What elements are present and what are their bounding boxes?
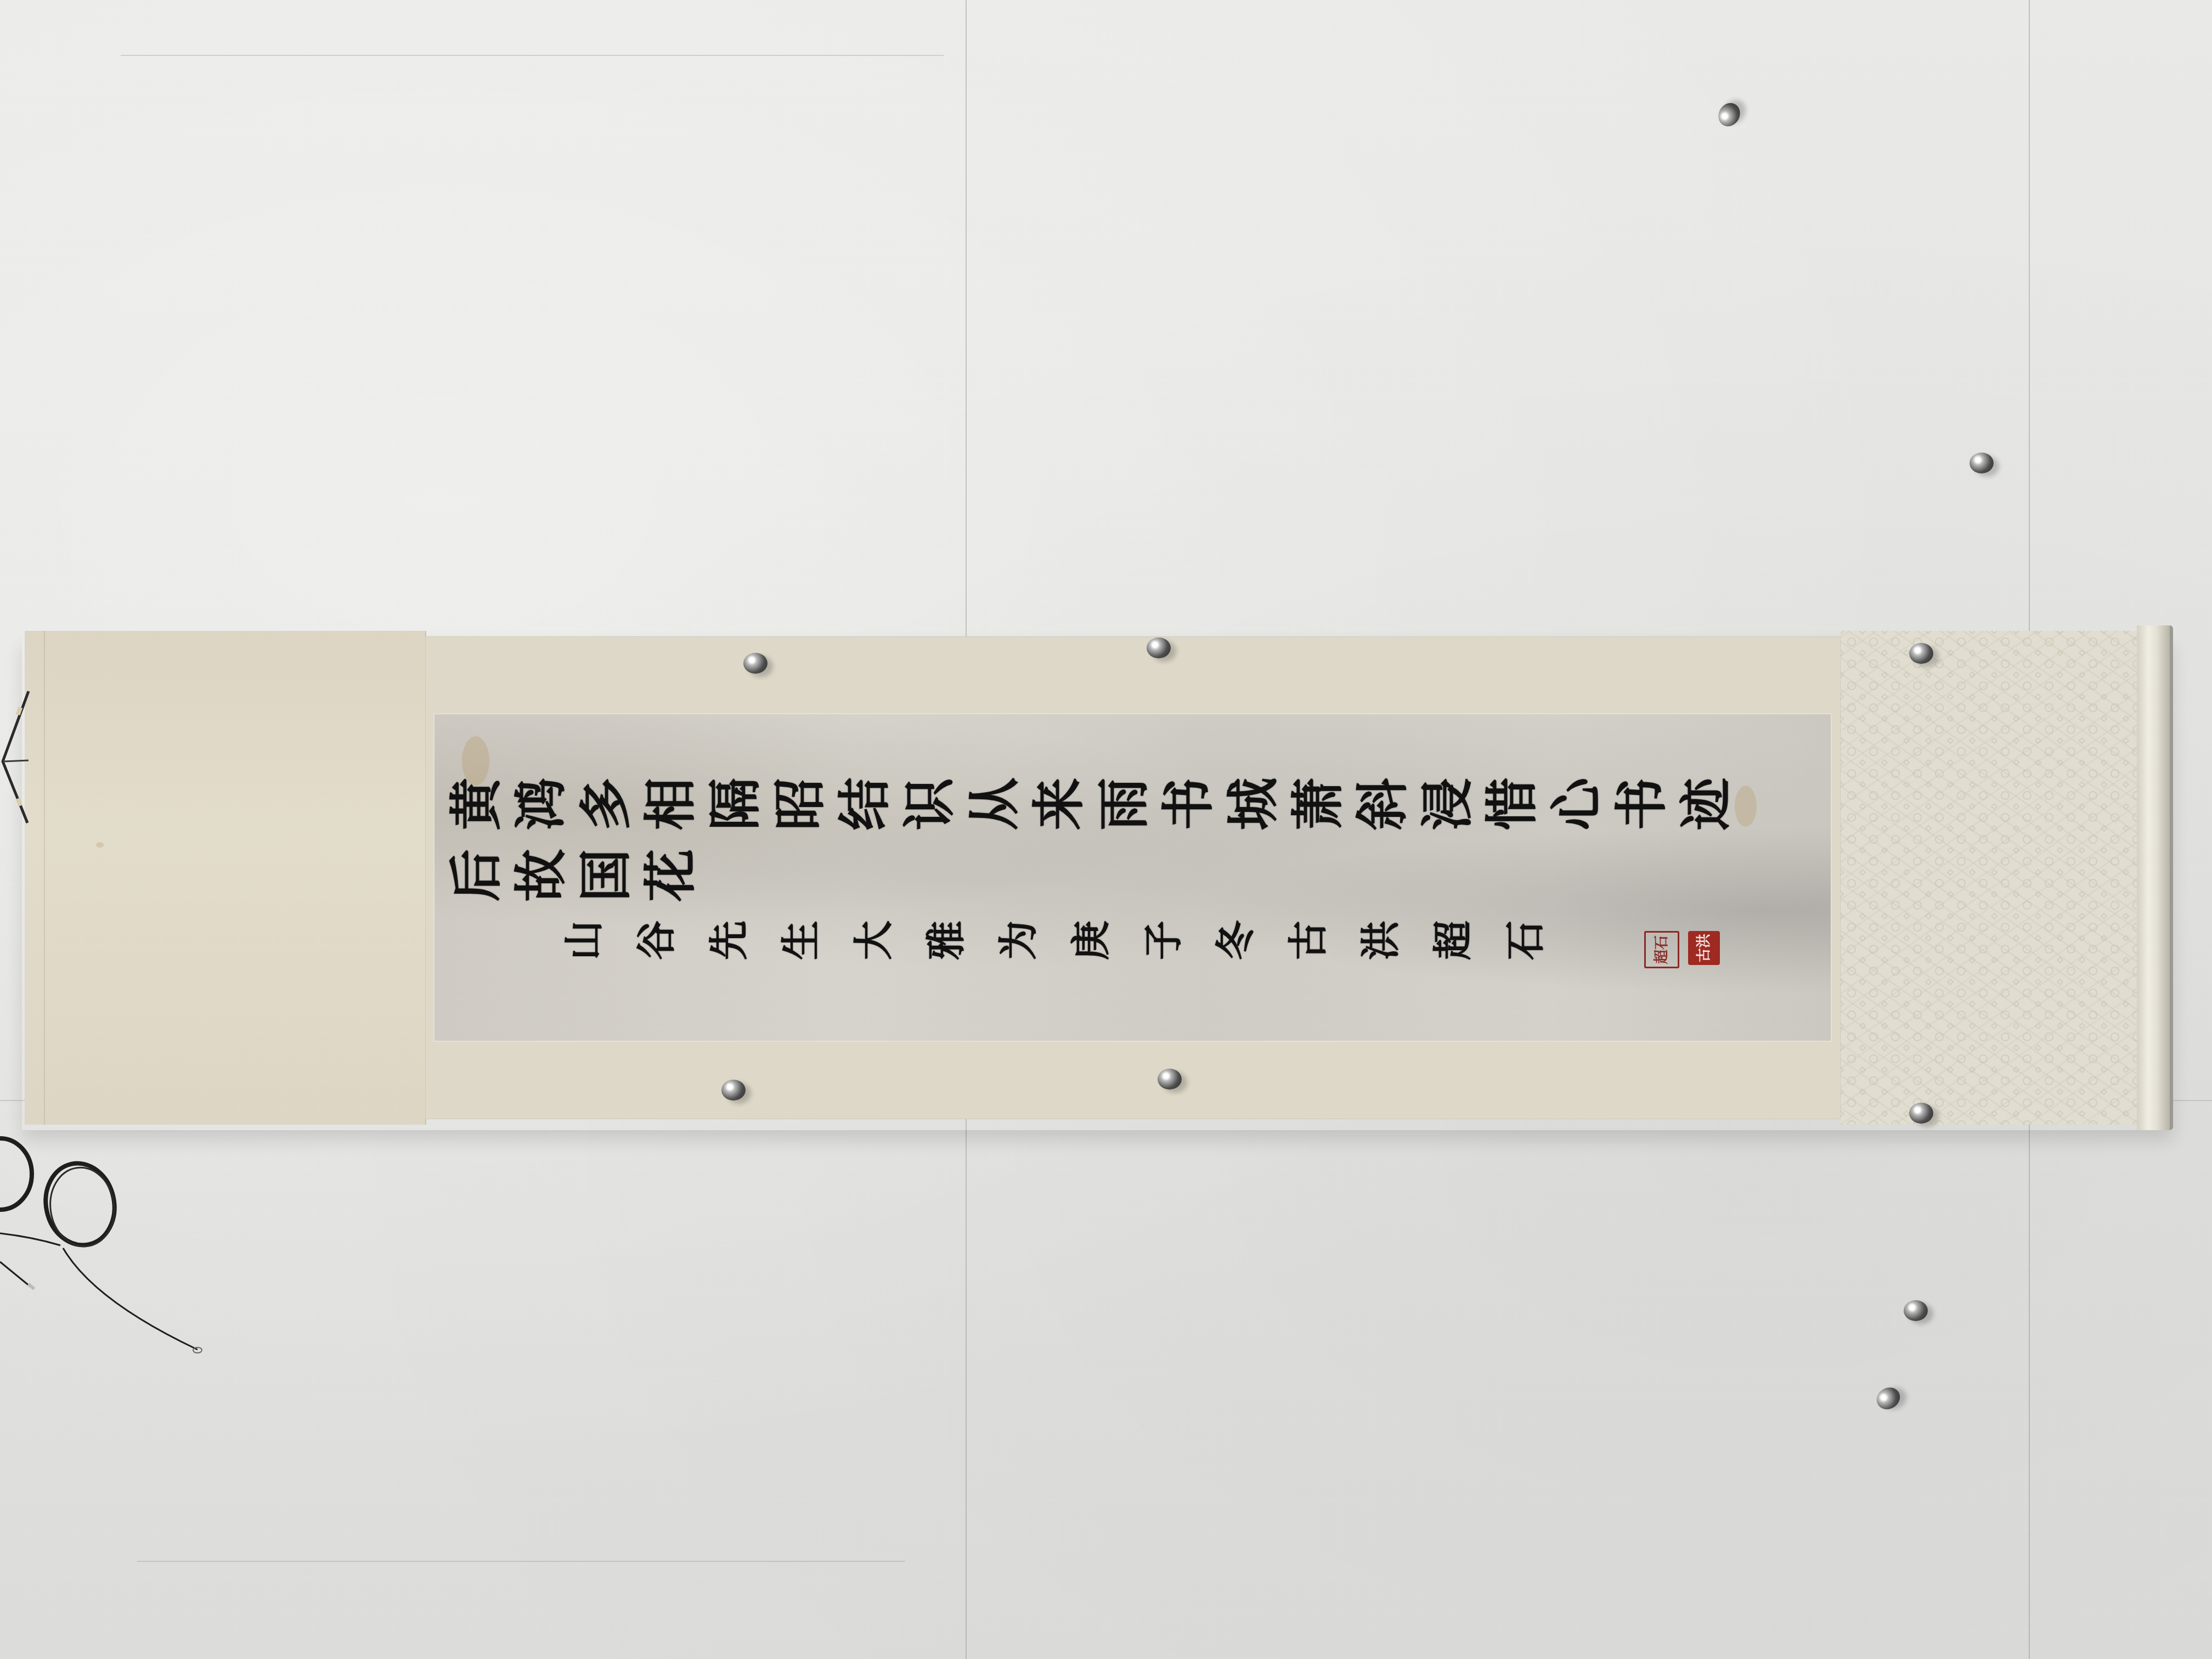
calligraphy-char: 惜: [1470, 778, 1545, 831]
calligraphy-char: 先: [697, 921, 754, 960]
calligraphy-char: 鸿: [499, 778, 574, 831]
scroll-brocade-section: [1841, 631, 2137, 1125]
calligraphy-char: 雅: [914, 921, 971, 960]
calligraphy-char: 萧: [1276, 778, 1351, 831]
magnet-pin[interactable]: [721, 1080, 746, 1101]
calligraphy-char: 隔: [693, 778, 769, 831]
calligraphy-char: 故: [499, 849, 574, 902]
magnet-pin[interactable]: [1970, 453, 1994, 473]
coiled-wire[interactable]: [0, 1136, 208, 1366]
calligraphy-char: 浸: [1406, 778, 1481, 831]
calligraphy-char: 洪: [1348, 921, 1406, 960]
calligraphy-char: 花: [629, 849, 704, 902]
calligraphy-char: 雨: [1082, 778, 1157, 831]
panel-seam: [121, 55, 944, 56]
magnet-pin[interactable]: [1909, 1103, 1933, 1124]
calligraphy-char: 结: [823, 778, 898, 831]
calligraphy-char: 超: [1421, 921, 1478, 960]
calligraphy-line-1: 黄 鸿 多 相 隔 昭 结 识 从 来 雨 书 城 萧 斜 浸 惜 心 书 迹: [445, 766, 1728, 842]
scroll-mat: 黄 鸿 多 相 隔 昭 结 识 从 来 雨 书 城 萧 斜 浸 惜 心 书 迹: [425, 636, 1841, 1119]
calligraphy-char: 识: [888, 778, 963, 831]
calligraphy-char: 山: [552, 921, 609, 960]
panel-seam: [137, 1561, 905, 1562]
calligraphy-char: 心: [1535, 778, 1610, 831]
calligraphy-char: 子: [1131, 921, 1188, 960]
calligraphy-char: 大: [842, 921, 899, 960]
calligraphy-char: 书: [1147, 778, 1222, 831]
calligraphy-line-2: 后 故 国 花: [445, 838, 692, 913]
calligraphy-inscription-line: 山 谷 先 生 大 雅 为 庚 子 冬 古 洪 超 石: [561, 912, 1542, 969]
paper-stain: [96, 842, 104, 848]
magnet-pin[interactable]: [743, 653, 768, 674]
calligraphy-char: 生: [769, 921, 826, 960]
calligraphy-char: 来: [1017, 778, 1092, 831]
calligraphy-char: 谷: [624, 921, 681, 960]
seal-text: 古洪: [1697, 934, 1711, 962]
calligraphy-char: 相: [629, 778, 704, 831]
calligraphy-char: 城: [1211, 778, 1286, 831]
calligraphy-panel: 黄 鸿 多 相 隔 昭 结 识 从 来 雨 书 城 萧 斜 浸 惜 心 书 迹: [433, 713, 1832, 1042]
magnet-pin[interactable]: [1158, 1069, 1182, 1090]
scroll-fold-line: [44, 631, 45, 1125]
magnet-pin[interactable]: [1147, 637, 1171, 658]
scroll-roller[interactable]: [2137, 625, 2173, 1130]
calligraphy-char: 庚: [1059, 921, 1116, 960]
calligraphy-char: 多: [564, 778, 639, 831]
magnet-pin[interactable]: [1909, 643, 1933, 664]
calligraphy-char: 冬: [1204, 921, 1261, 960]
magnet-pin[interactable]: [1904, 1300, 1928, 1321]
calligraphy-char: 后: [435, 849, 510, 902]
calligraphy-char: 迹: [1664, 778, 1740, 831]
hanging-scroll[interactable]: 黄 鸿 多 相 隔 昭 结 识 从 来 雨 书 城 萧 斜 浸 惜 心 书 迹: [25, 631, 2167, 1125]
scroll-heaven-section: [25, 631, 426, 1125]
calligraphy-char: 国: [564, 849, 639, 902]
calligraphy-char: 昭: [758, 778, 833, 831]
seal-text: 超石: [1655, 935, 1669, 964]
artist-seal-intaglio: 古洪: [1688, 931, 1720, 965]
calligraphy-char: 斜: [1341, 778, 1416, 831]
hanging-cord[interactable]: [0, 680, 33, 889]
calligraphy-char: 书: [1600, 778, 1675, 831]
calligraphy-char: 从: [952, 778, 1028, 831]
calligraphy-char: 为: [986, 921, 1043, 960]
calligraphy-char: 石: [1493, 921, 1550, 960]
calligraphy-char: 黄: [435, 778, 510, 831]
artist-seal-outline: 超石: [1644, 931, 1679, 968]
calligraphy-char: 古: [1276, 921, 1333, 960]
